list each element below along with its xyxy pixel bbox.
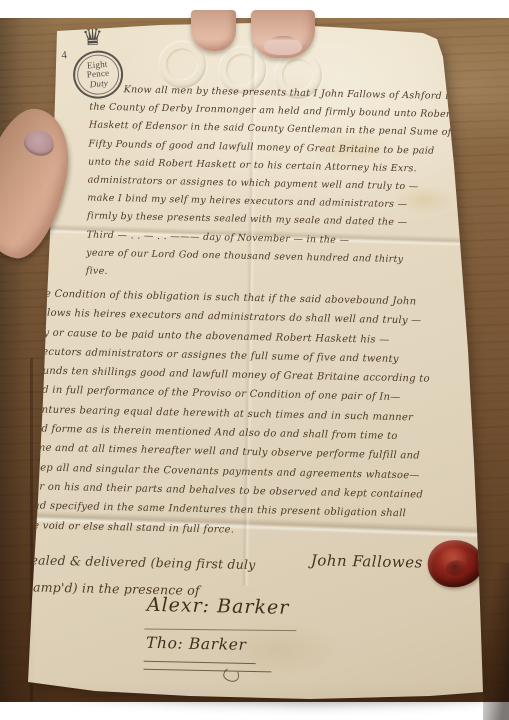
signature-flourish-loop [222,666,241,684]
fingertip-right [251,10,315,58]
stamp-word: Pence [86,69,109,80]
signature-flourish-line [144,661,256,665]
witness-signature-1: Alexr: Barker [147,594,290,619]
paper-wrapper: ♛ 4 Eight Pence Duty Know all men by the… [0,0,509,720]
paper-document: ♛ 4 Eight Pence Duty Know all men by the… [0,0,509,720]
fingernail [22,127,57,159]
fingertip-left [191,10,236,51]
stamp-word: Eight [87,60,108,71]
handwritten-paragraph-obligation: Know all men by these presents that I Jo… [86,81,460,289]
crown-icon: ♛ [82,25,104,50]
signature-flourish-line [143,669,271,673]
principal-signature: John Fallowes [311,551,423,571]
witness-signature-2: Tho: Barker [146,634,247,654]
document-content: ♛ 4 Eight Pence Duty Know all men by the… [0,0,509,720]
fingernail [264,36,302,55]
handwritten-paragraph-condition: The Condition of this obligation is such… [26,284,466,544]
wax-seal-icon [427,540,483,588]
photograph-of-document: ♛ 4 Eight Pence Duty Know all men by the… [0,0,509,720]
signature-underline [144,629,296,632]
stamp-numeral: 4 [61,49,67,61]
